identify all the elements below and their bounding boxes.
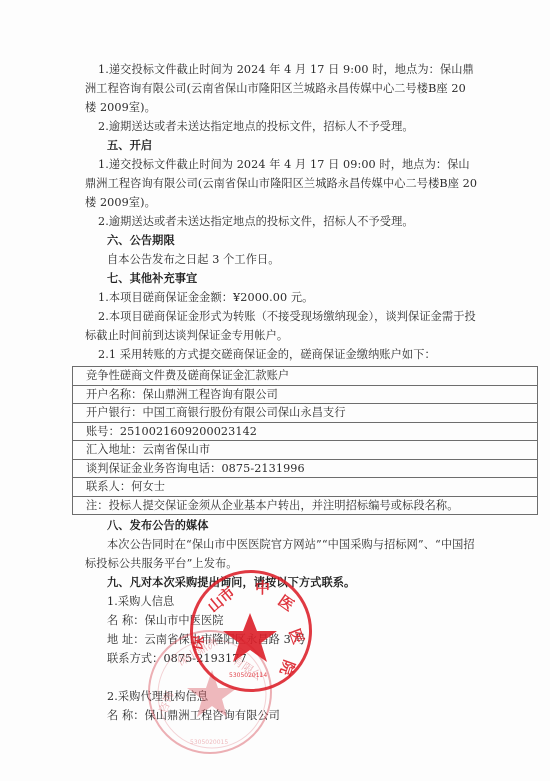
- submission-deadline-paragraph: 1.递交投标文件截止时间为 2024 年 4 月 17 日 9:00 时，地点为…: [85, 60, 478, 117]
- svg-text:5305020015: 5305020015: [190, 739, 228, 746]
- purchaser-contact: 联系方式：0875-2193177: [85, 649, 478, 668]
- contact-person-cell: 联系人：何女士: [73, 478, 538, 497]
- account-bank-cell: 开户银行：中国工商银行股份有限公司保山永昌支行: [73, 404, 538, 423]
- notice-period-text: 自本公告发布之日起 3 个工作日。: [85, 250, 478, 269]
- section-heading-media: 八、发布公告的媒体: [85, 516, 478, 535]
- table-row: 开户名称：保山鼎洲工程咨询有限公司: [73, 385, 538, 404]
- opening-late-paragraph: 2.逾期送达或者未送达指定地点的投标文件，招标人不予受理。: [85, 212, 478, 231]
- purchaser-info-heading: 1.采购人信息: [85, 592, 478, 611]
- account-table-title: 竞争性磋商文件费及磋商保证金汇款账户: [73, 367, 538, 386]
- account-name-cell: 开户名称：保山鼎洲工程咨询有限公司: [73, 385, 538, 404]
- purchaser-address: 地 址：云南省保山市隆阳区永昌路 3 号: [85, 630, 478, 649]
- agency-name: 名 称：保山鼎洲工程咨询有限公司: [85, 706, 478, 725]
- section-heading-supplementary: 七、其他补充事宜: [85, 269, 478, 288]
- section-heading-inquiry: 九、凡对本次采购提出询问，请按以下方式联系。: [85, 573, 478, 592]
- table-row: 账号：2510021609200023142: [73, 422, 538, 441]
- opening-time-paragraph: 1.递交投标文件截止时间为 2024 年 4 月 17 日 09:00 时，地点…: [85, 155, 478, 212]
- section-heading-notice-period: 六、公告期限: [85, 231, 478, 250]
- table-row: 联系人：何女士: [73, 478, 538, 497]
- media-paragraph: 本次公告同时在“保山市中医医院官方网站”“中国采购与招标网”、“中国招标投标公共…: [85, 535, 478, 573]
- document-body: 1.递交投标文件截止时间为 2024 年 4 月 17 日 9:00 时，地点为…: [85, 60, 478, 725]
- table-row: 开户银行：中国工商银行股份有限公司保山永昌支行: [73, 404, 538, 423]
- account-number-cell: 账号：2510021609200023142: [73, 422, 538, 441]
- table-row: 谈判保证金业务咨询电话：0875-2131996: [73, 459, 538, 478]
- deposit-note-cell: 注：投标人提交保证金须从企业基本户转出，并注明招标编号或标段名称。: [73, 496, 538, 515]
- agency-info-heading: 2.采购代理机构信息: [85, 687, 478, 706]
- consult-phone-cell: 谈判保证金业务咨询电话：0875-2131996: [73, 459, 538, 478]
- section-heading-opening: 五、开启: [85, 136, 478, 155]
- table-row: 竞争性磋商文件费及磋商保证金汇款账户: [73, 367, 538, 386]
- table-row: 汇入地址：云南省保山市: [73, 441, 538, 460]
- purchaser-name: 名 称：保山市中医医院: [85, 611, 478, 630]
- deposit-account-table: 竞争性磋商文件费及磋商保证金汇款账户 开户名称：保山鼎洲工程咨询有限公司 开户银…: [72, 366, 538, 515]
- table-row: 注：投标人提交保证金须从企业基本户转出，并注明招标编号或标段名称。: [73, 496, 538, 515]
- remittance-address-cell: 汇入地址：云南省保山市: [73, 441, 538, 460]
- late-submission-paragraph: 2.逾期送达或者未送达指定地点的投标文件，招标人不予受理。: [85, 117, 478, 136]
- deposit-form-paragraph: 2.本项目磋商保证金形式为转账（不接受现场缴纳现金），谈判保证金需于投标截止时间…: [85, 307, 478, 345]
- document-page: 1.递交投标文件截止时间为 2024 年 4 月 17 日 9:00 时，地点为…: [0, 0, 550, 781]
- transfer-account-intro: 2.1 采用转账的方式提交磋商保证金的，磋商保证金缴纳账户如下：: [85, 345, 478, 364]
- blank-line: [85, 668, 478, 687]
- deposit-amount-paragraph: 1.本项目磋商保证金金额：¥2000.00 元。: [85, 288, 478, 307]
